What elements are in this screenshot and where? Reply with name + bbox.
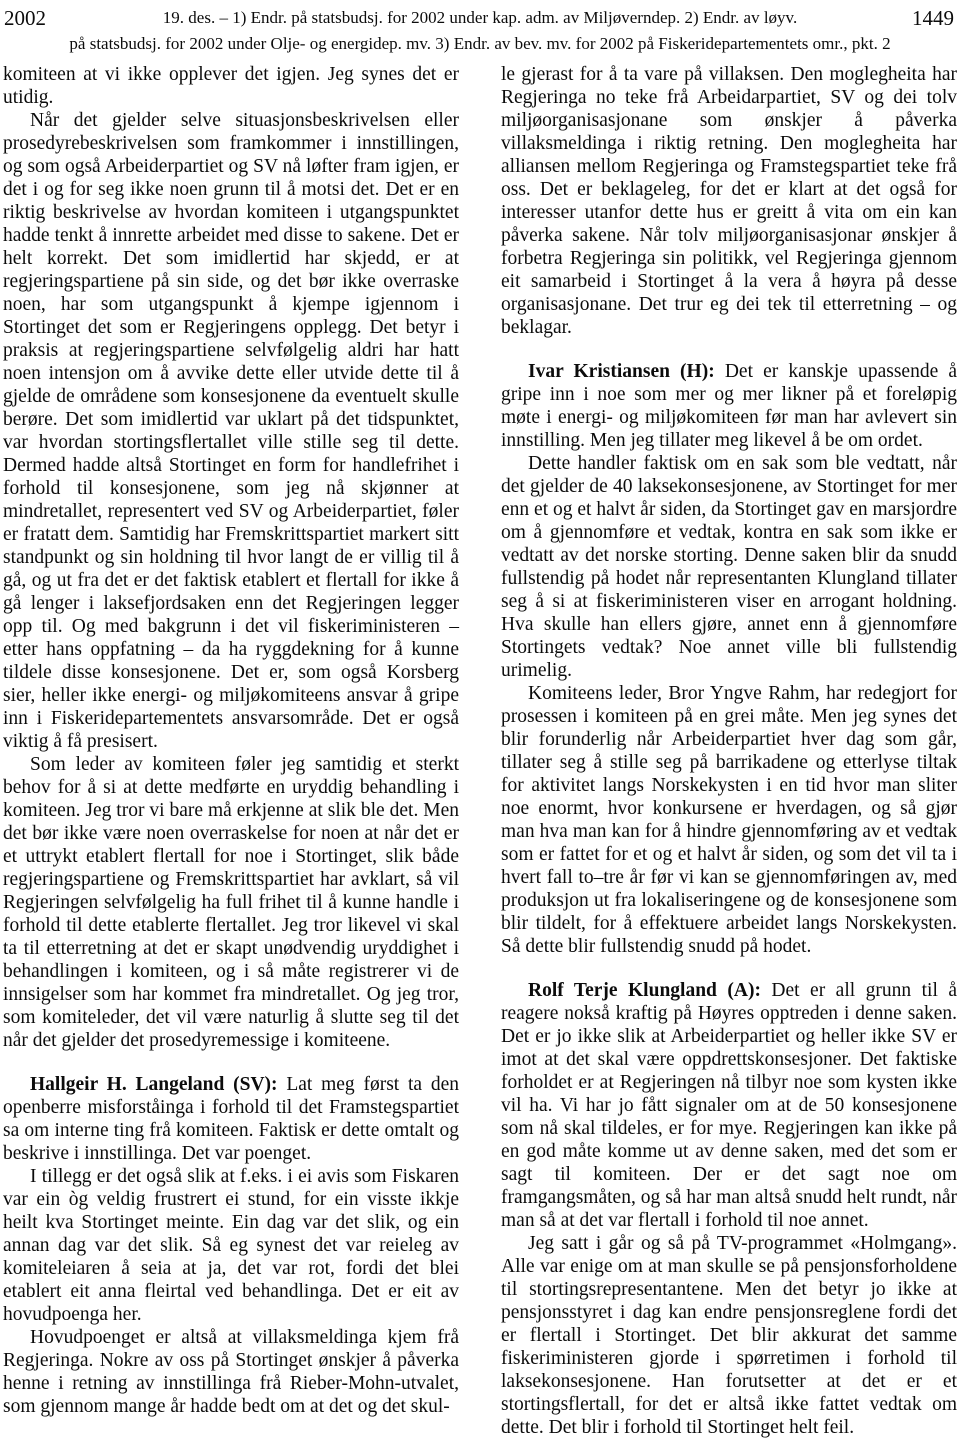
paragraph-text: Hovudpoenget er altså at villaksmeldinga… [3,1327,459,1417]
text-columns: komiteen at vi ikke opplever det igjen. … [3,63,957,1438]
year-label: 2002 [4,5,46,31]
left-column: komiteen at vi ikke opplever det igjen. … [3,63,459,1438]
speech-paragraph: Ivar Kristiansen (H): Det er kanskje upa… [501,360,957,452]
header-title-line2: på statsbudsj. for 2002 under Olje- og e… [3,31,957,57]
paragraph-text: Det er all grunn til å reagere nokså kra… [501,980,957,1231]
speech-paragraph: Rolf Terje Klungland (A): Det er all gru… [501,979,957,1232]
paragraph-text: Som leder av komiteen føler jeg samtidig… [3,754,459,1051]
header-title: 19. des. – 1) Endr. på statsbudsj. for 2… [3,5,957,57]
paragraph: komiteen at vi ikke opplever det igjen. … [3,63,459,109]
paragraph-text: Jeg satt i går og så på TV-programmet «H… [501,1233,957,1438]
paragraph: I tillegg er det også slik at f.eks. i e… [3,1165,459,1326]
speaker-name: Hallgeir H. Langeland (SV): [30,1074,286,1095]
paragraph-text: le gjerast for å ta vare på villaksen. D… [501,64,957,338]
document-page: 2002 1449 19. des. – 1) Endr. på statsbu… [0,0,960,1438]
paragraph: Som leder av komiteen føler jeg samtidig… [3,753,459,1052]
paragraph: Komiteens leder, Bror Yngve Rahm, har re… [501,682,957,958]
paragraph: Jeg satt i går og så på TV-programmet «H… [501,1232,957,1438]
speech-paragraph: Hallgeir H. Langeland (SV): Lat meg førs… [3,1073,459,1165]
paragraph-text: Dette handler faktisk om en sak som ble … [501,453,957,681]
paragraph: le gjerast for å ta vare på villaksen. D… [501,63,957,339]
paragraph: Når det gjelder selve situasjonsbeskrive… [3,109,459,753]
paragraph-text: I tillegg er det også slik at f.eks. i e… [3,1166,459,1325]
paragraph-text: Når det gjelder selve situasjonsbeskrive… [3,110,459,752]
page-header: 2002 1449 19. des. – 1) Endr. på statsbu… [3,5,957,57]
speaker-name: Ivar Kristiansen (H): [528,361,725,382]
paragraph: Hovudpoenget er altså at villaksmeldinga… [3,1326,459,1418]
speaker-name: Rolf Terje Klungland (A): [528,980,771,1001]
page-number: 1449 [912,5,954,31]
header-title-line1: 19. des. – 1) Endr. på statsbudsj. for 2… [3,5,957,31]
right-column: le gjerast for å ta vare på villaksen. D… [501,63,957,1438]
paragraph-text: Komiteens leder, Bror Yngve Rahm, har re… [501,683,957,957]
paragraph-text: komiteen at vi ikke opplever det igjen. … [3,64,459,108]
paragraph: Dette handler faktisk om en sak som ble … [501,452,957,682]
